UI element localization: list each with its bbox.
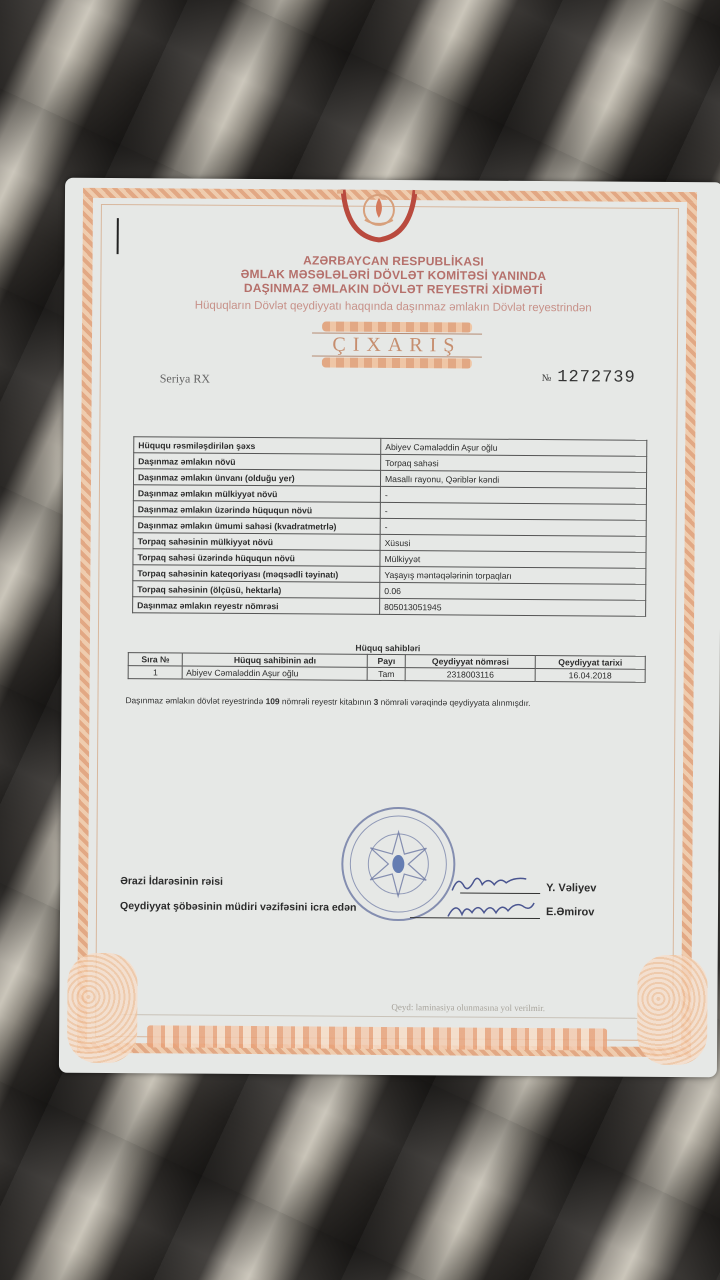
reg-note-text: Daşınmaz əmlakın dövlət reyestrində xyxy=(125,695,265,706)
info-value: Abiyev Cəmaləddin Aşur oğlu xyxy=(381,438,647,456)
owners-table: Sıra №Hüquq sahibinin adıPayıQeydiyyat n… xyxy=(128,652,646,683)
info-value: Xüsusi xyxy=(380,534,646,552)
info-key: Torpaq sahəsi üzərində hüququn növü xyxy=(133,549,380,567)
signature-1-icon xyxy=(448,872,538,895)
reg-note-text: nömrəli vərəqində qeydiyyata alınmışdır. xyxy=(378,697,530,708)
title-ornament-bottom xyxy=(322,358,472,369)
signatory-1-name: Y. Vəliyev xyxy=(546,882,596,894)
info-value: Torpaq sahəsi xyxy=(381,454,647,472)
reg-book-number: 109 xyxy=(266,696,280,706)
footer-note: Qeyd: laminasiya olunmasına yol verilmir… xyxy=(391,1002,545,1013)
staple xyxy=(117,218,119,254)
info-value: Mülkiyyət xyxy=(380,550,646,568)
info-key: Hüququ rəsmiləşdirilən şəxs xyxy=(134,437,381,455)
info-value: - xyxy=(380,502,646,520)
info-key: Daşınmaz əmlakın ünvanı (olduğu yer) xyxy=(133,469,380,487)
info-key: Daşınmaz əmlakın növü xyxy=(134,453,381,471)
corner-ornament-right xyxy=(637,955,708,1065)
number-value: 1272739 xyxy=(557,368,636,388)
signatory-2-name: E.Əmirov xyxy=(546,906,594,918)
document-title: ÇIXARIŞ xyxy=(312,333,482,357)
title-banner: ÇIXARIŞ xyxy=(312,319,482,370)
info-key: Torpaq sahəsinin mülkiyyət növü xyxy=(133,533,380,551)
owners-column-header: Qeydiyyat tarixi xyxy=(535,656,645,670)
owners-column-header: Qeydiyyat nömrəsi xyxy=(405,655,535,669)
footer-ornament xyxy=(147,1025,607,1050)
owner-name: Abiyev Cəmaləddin Aşur oğlu xyxy=(183,666,368,680)
series-label: Seriya RX xyxy=(160,371,210,386)
signature-2-icon xyxy=(444,896,540,921)
signatory-1-title: Ərazi İdarəsinin rəisi xyxy=(120,875,223,888)
info-value: Masallı rayonu, Qəriblər kəndi xyxy=(380,470,646,488)
owner-reg-date: 16.04.2018 xyxy=(535,669,645,683)
signatory-2-title: Qeydiyyat şöbəsinin müdiri vəzifəsini ic… xyxy=(120,900,356,914)
document-number: №1272739 xyxy=(542,368,636,388)
number-prefix: № xyxy=(542,373,552,384)
title-ornament-top xyxy=(322,322,472,333)
owner-share: Tam xyxy=(367,667,405,680)
info-value: - xyxy=(380,486,646,504)
owner-index: 1 xyxy=(128,666,183,679)
state-emblem-icon xyxy=(337,188,421,245)
info-key: Daşınmaz əmlakın üzərində hüququn növü xyxy=(133,501,380,519)
owners-column-header: Hüquq sahibinin adı xyxy=(183,653,368,667)
info-key: Daşınmaz əmlakın mülkiyyət növü xyxy=(133,485,380,503)
info-row: Daşınmaz əmlakın reyestr nömrəsi80501305… xyxy=(133,597,646,617)
info-value: Yaşayış məntəqələrinin torpaqları xyxy=(380,566,646,584)
property-info-table: Hüququ rəsmiləşdirilən şəxsAbiyev Cəmalə… xyxy=(132,436,647,617)
info-key: Daşınmaz əmlakın ümumi sahəsi (kvadratme… xyxy=(133,517,380,535)
info-key: Torpaq sahəsinin (ölçüsü, hektarla) xyxy=(133,581,380,599)
certificate-document: AZƏRBAYCAN RESPUBLİKASI ƏMLAK MƏSƏLƏLƏRİ… xyxy=(59,178,720,1078)
info-value: - xyxy=(380,518,646,536)
info-value: 0.06 xyxy=(380,582,646,600)
owners-column-header: Sıra № xyxy=(128,653,183,666)
info-key: Torpaq sahəsinin kateqoriyası (məqsədli … xyxy=(133,565,380,583)
owner-reg-number: 2318003116 xyxy=(405,668,535,682)
info-value: 805013051945 xyxy=(380,598,646,616)
reg-note-text: nömrəli reyestr kitabının xyxy=(280,696,374,707)
owners-column-header: Payı xyxy=(367,654,405,667)
corner-ornament-left xyxy=(67,953,138,1063)
info-key: Daşınmaz əmlakın reyestr nömrəsi xyxy=(133,597,380,615)
